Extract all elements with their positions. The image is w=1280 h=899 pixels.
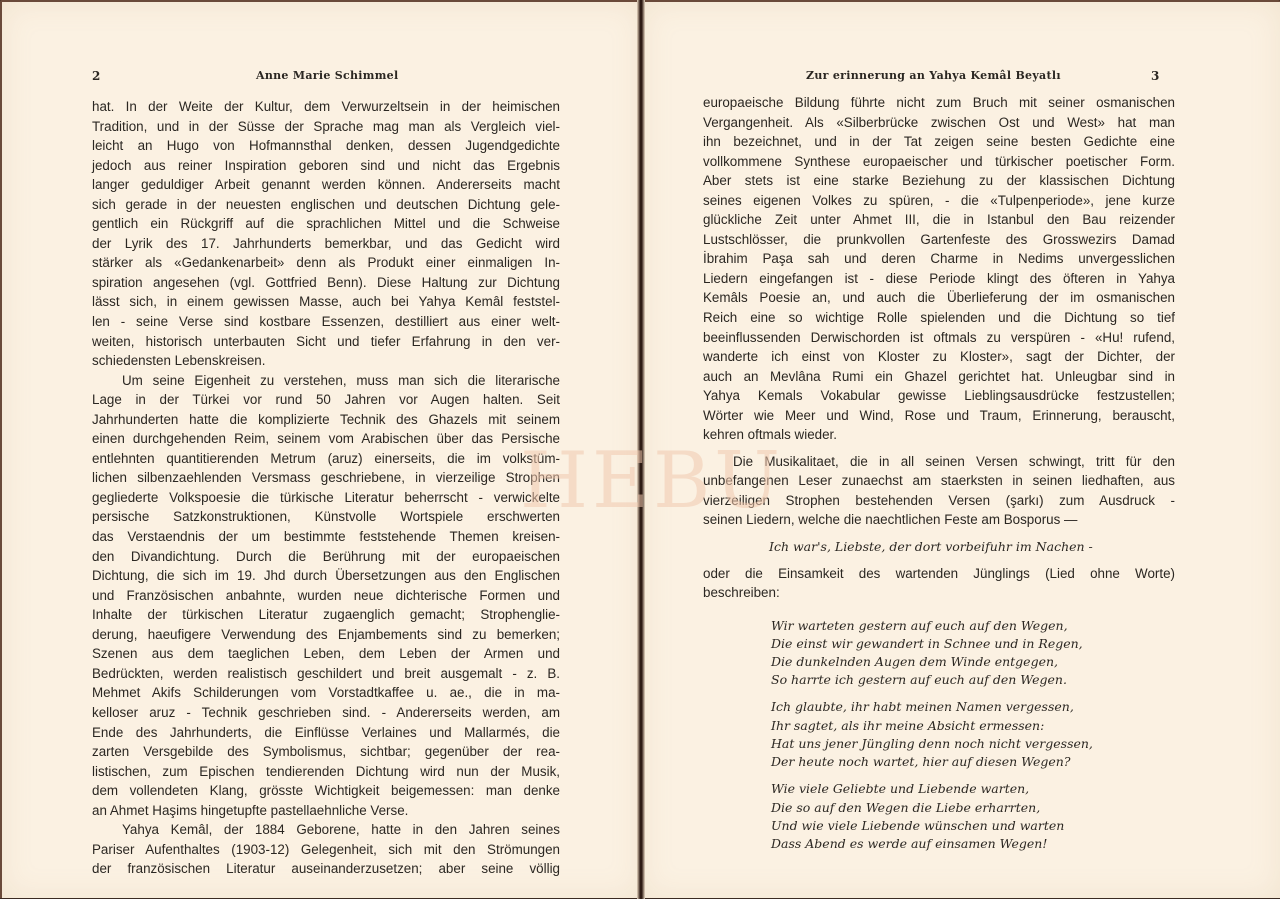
text-line: Pariser Aufenthaltes (1903-12) Gelegenhe… [92, 840, 560, 860]
text-line: Liedern eingefangen ist - diese Periode … [703, 269, 1175, 289]
text-line: weiten, historisch unterbauten Sicht und… [92, 332, 560, 352]
text-line: der französischen Literatur auseinanderz… [92, 859, 560, 879]
text-line: oder die Einsamkeit des wartenden Jüngli… [703, 564, 1175, 584]
poem-stanza-3: Wie viele Geliebte und Liebende warten, … [703, 780, 1175, 853]
text-line: derung, haeufigere Verwendung des Enjamb… [92, 625, 560, 645]
text-line: vollkommene Synthese europaeischer und t… [703, 152, 1175, 172]
text-line: Dichtung, die sich im 19. Jhd durch Über… [92, 566, 560, 586]
left-page-body: hat. In der Weite der Kultur, dem Verwur… [92, 97, 560, 879]
text-line: spiration angesehen (vgl. Gottfried Benn… [92, 273, 560, 293]
text-line: Mehmet Akifs Schilderungen vom Vorstadtk… [92, 683, 560, 703]
verse-line: So harrte ich gestern auf euch auf den W… [771, 671, 1175, 689]
text-line: Lage in der Türkei vor rund 50 Jahren vo… [92, 390, 560, 410]
running-head-right: Zur erinnerung an Yahya Kemâl Beyatlı [806, 69, 1061, 82]
text-line: Kemâls Poesie an, und auch die Überliefe… [703, 288, 1175, 308]
text-line: Um seine Eigenheit zu verstehen, muss ma… [92, 371, 560, 391]
text-line: und Französischen anbahnte, wurden neue … [92, 586, 560, 606]
text-line: hat. In der Weite der Kultur, dem Verwur… [92, 97, 560, 117]
text-line: kehren oftmals wieder. [703, 425, 1175, 445]
page-number-left: 2 [92, 69, 100, 83]
text-line: der Lyrik des 17. Jahrhunderts bemerkbar… [92, 234, 560, 254]
text-line: wanderte ich einst von Kloster zu Kloste… [703, 347, 1175, 367]
right-page: Zur erinnerung an Yahya Kemâl Beyatlı 3 … [643, 0, 1280, 898]
text-line: sich gerade in der neuesten englischen u… [92, 195, 560, 215]
text-line: Wörter wie Meer und Wind, Rose und Traum… [703, 406, 1175, 426]
text-line: seines eigenen Volkes zu spüren, - die «… [703, 191, 1175, 211]
text-line: persische Satzkonstruktionen, Künstvolle… [92, 507, 560, 527]
text-line: Bedrückten, werden realistisch geschilde… [92, 664, 560, 684]
text-line: len - seine Verse sind kostbare Essenzen… [92, 312, 560, 332]
verse-line: Hat uns jener Jüngling denn noch nicht v… [771, 735, 1175, 753]
text-line: den Divandichtung. Durch die Berührung m… [92, 547, 560, 567]
text-line: Jahrhunderten hatte die komplizierte Tec… [92, 410, 560, 430]
text-line: leicht an Hugo von Hofmannsthal denken, … [92, 136, 560, 156]
text-line: dem vollendeten Klang, grösste Wichtigke… [92, 781, 560, 801]
text-line: auch an Mevlâna Rumi ein Ghazel gerichte… [703, 367, 1175, 387]
text-line: vierzeiligen Strophen bestehenden Versen… [703, 491, 1175, 511]
book-gutter [637, 0, 645, 899]
verse-line: Und wie viele Liebende wünschen und wart… [771, 817, 1175, 835]
verse-line: Der heute noch wartet, hier auf diesen W… [771, 753, 1175, 771]
verse-line: Die einst wir gewandert in Schnee und in… [771, 635, 1175, 653]
text-line: ihn bezeichnet, und in der Tat zeigen se… [703, 132, 1175, 152]
verse-line: Ihr sagtet, als ihr meine Absicht ermess… [771, 717, 1175, 735]
poem-stanza-1: Wir warteten gestern auf euch auf den We… [703, 617, 1175, 690]
quoted-verse: Ich war's, Liebste, der dort vorbeifuhr … [703, 537, 1175, 557]
text-line: einen durchgehenden Reim, seinem vom Ara… [92, 429, 560, 449]
text-line: Aber stets ist eine starke Beziehung zu … [703, 171, 1175, 191]
text-line: Vergangenheit. Als «Silberbrücke zwische… [703, 113, 1175, 133]
text-line: Yahya Kemâl, der 1884 Geborene, hatte in… [92, 820, 560, 840]
text-line: Yahya Kemals Vokabular gewisse Lieblings… [703, 386, 1175, 406]
verse-line: Die dunkelnden Augen dem Winde entgegen, [771, 653, 1175, 671]
verse-line: Die so auf den Wegen die Liebe erharrten… [771, 799, 1175, 817]
text-line: glückliche Zeit unter Ahmet III, die in … [703, 210, 1175, 230]
text-line: langer geduldiger Arbeit genannt werden … [92, 175, 560, 195]
text-line: schiedensten Lebenskreisen. [92, 351, 560, 371]
running-head-left: Anne Marie Schimmel [256, 69, 398, 82]
text-line: listischen, zum Epischen tendierenden Di… [92, 762, 560, 782]
text-line: Ende des Jahrhunderts, die Einflüsse Ver… [92, 723, 560, 743]
text-line: Die Musikalitaet, die in all seinen Vers… [703, 452, 1175, 472]
text-line: unbefangenen Leser zunaechst am staerkst… [703, 471, 1175, 491]
text-line: das Verstaendnis der um bestimmte festst… [92, 527, 560, 547]
text-line: İbrahim Paşa sah und deren Charme in Ned… [703, 249, 1175, 269]
poem-stanza-2: Ich glaubte, ihr habt meinen Namen verge… [703, 698, 1175, 771]
verse-line: Wir warteten gestern auf euch auf den We… [771, 617, 1175, 635]
verse-line: Dass Abend es werde auf einsamen Wegen! [771, 835, 1175, 853]
text-line: an Ahmet Haşims hingetupfte pastellaehnl… [92, 801, 560, 821]
text-line: Inhalte der türkischen Literatur zugaeng… [92, 605, 560, 625]
text-line: beschreiben: [703, 583, 1175, 603]
text-line: lichen silbenzaehlenden Versmass geschri… [92, 468, 560, 488]
text-line: Szenen aus dem taeglichen Leben, dem Leb… [92, 644, 560, 664]
page-number-right: 3 [1151, 69, 1159, 83]
left-page: 2 Anne Marie Schimmel hat. In der Weite … [0, 0, 641, 898]
text-line: beeinflussenden Derwischorden ist oftmal… [703, 328, 1175, 348]
verse-line: Wie viele Geliebte und Liebende warten, [771, 780, 1175, 798]
text-line: stärker als «Gedankenarbeit» denn als Pr… [92, 253, 560, 273]
text-line: Reich eine so wichtige Rolle spielenden … [703, 308, 1175, 328]
text-line: seinen Liedern, welche die naechtlichen … [703, 510, 1175, 530]
verse-line: Ich glaubte, ihr habt meinen Namen verge… [771, 698, 1175, 716]
text-line: lässt sich, in einem gewissen Masse, auc… [92, 292, 560, 312]
text-line: Lustschlösser, die prunkvollen Gartenfes… [703, 230, 1175, 250]
text-line: jedoch aus reiner Inspiration geboren si… [92, 156, 560, 176]
text-line: entlehnten quantitierenden Metrum (aruz)… [92, 449, 560, 469]
text-line: gegliederte Volkspoesie die türkische Li… [92, 488, 560, 508]
text-line: kelloser aruz - Technik geschrieben sind… [92, 703, 560, 723]
text-line: europaeische Bildung führte nicht zum Br… [703, 93, 1175, 113]
text-line: gentlich ein Rückgriff auf die sprachlic… [92, 214, 560, 234]
text-line: Tradition, und in der Süsse der Sprache … [92, 117, 560, 137]
right-page-body: europaeische Bildung führte nicht zum Br… [703, 93, 1175, 853]
text-line: zarten Versgebilde des Symbolismus, sich… [92, 742, 560, 762]
